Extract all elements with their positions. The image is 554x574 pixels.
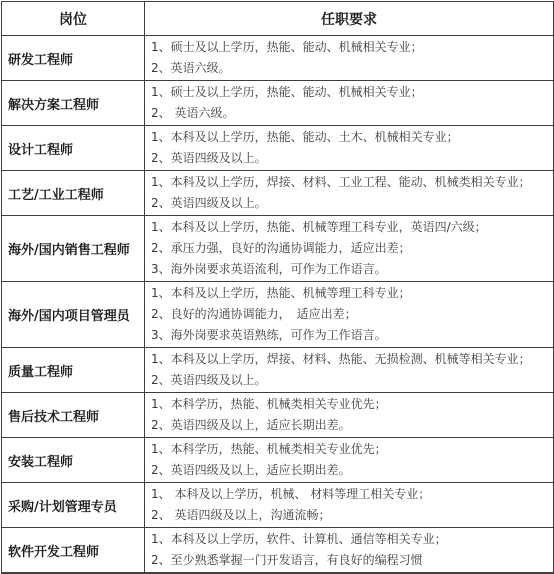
column-header-position: 岗位: [2, 2, 145, 36]
requirement-line: 2、良好的沟通协调能力， 适应出差；: [151, 304, 551, 325]
job-requirements-page: 岗位 任职要求 研发工程师1、硕士及以上学历，热能、能动、机械相关专业；2、英语…: [0, 0, 554, 557]
requirement-line: 2、 英语六级。: [151, 103, 551, 124]
position-cell: 采购/计划管理专员: [2, 483, 145, 528]
requirement-line: 1、本科学历，热能、机械类相关专业优先；: [151, 439, 551, 460]
requirement-line: 1、硕士及以上学历，热能、能动、机械相关专业；: [151, 82, 551, 103]
requirement-line: 3、海外岗要求英语熟练，可作为工作语言。: [151, 325, 551, 346]
requirements-cell: 1、本科及以上学历，热能、机械等理工科专业；2、良好的沟通协调能力， 适应出差；…: [145, 282, 554, 348]
table-row: 质量工程师1、本科及以上学历，焊接、材料、热能、无损检测、机械等相关专业；2、英…: [2, 348, 554, 393]
requirements-cell: 1、硕士及以上学历，热能、能动、机械相关专业；2、英语六级。: [145, 36, 554, 81]
requirement-line: 1、本科及以上学历，焊接、材料、热能、无损检测、机械等相关专业；: [151, 349, 551, 370]
position-cell: 海外/国内项目管理员: [2, 282, 145, 348]
requirement-line: 2、英语四级及以上。: [151, 148, 551, 169]
requirement-line: 2、至少熟悉掌握一门开发语言，有良好的编程习惯: [151, 550, 551, 571]
requirements-cell: 1、本科及以上学历，热能、能动、土木、机械相关专业；2、英语四级及以上。: [145, 126, 554, 171]
requirement-line: 3、海外岗要求英语流利，可作为工作语言。: [151, 259, 551, 280]
requirements-cell: 1、本科及以上学历，软件、计算机、通信等相关专业；2、至少熟悉掌握一门开发语言，…: [145, 528, 554, 574]
table-row: 海外/国内项目管理员1、本科及以上学历，热能、机械等理工科专业；2、良好的沟通协…: [2, 282, 554, 348]
position-cell: 解决方案工程师: [2, 81, 145, 126]
requirement-line: 1、硕士及以上学历，热能、能动、机械相关专业；: [151, 37, 551, 58]
requirement-line: 1、本科及以上学历，软件、计算机、通信等相关专业；: [151, 529, 551, 550]
table-row: 安装工程师1、本科学历，热能、机械类相关专业优先；2、英语四级及以上，适应长期出…: [2, 438, 554, 483]
requirement-line: 1、本科及以上学历，热能、机械等理工科专业；: [151, 283, 551, 304]
requirements-cell: 1、 本科及以上学历，机械、 材料等理工相关专业；2、 英语四级及以上，沟通流畅…: [145, 483, 554, 528]
table-row: 设计工程师1、本科及以上学历，热能、能动、土木、机械相关专业；2、英语四级及以上…: [2, 126, 554, 171]
table-row: 解决方案工程师1、硕士及以上学历，热能、能动、机械相关专业；2、 英语六级。: [2, 81, 554, 126]
position-cell: 售后技术工程师: [2, 393, 145, 438]
position-cell: 海外/国内销售工程师: [2, 216, 145, 282]
requirements-cell: 1、本科学历，热能、机械类相关专业优先；2、英语四级及以上，适应长期出差。: [145, 393, 554, 438]
table-row: 售后技术工程师1、本科学历，热能、机械类相关专业优先；2、英语四级及以上，适应长…: [2, 393, 554, 438]
requirement-line: 2、英语四级及以上。: [151, 370, 551, 391]
requirement-line: 1、本科及以上学历，热能、机械等理工科专业，英语四/六级；: [151, 217, 551, 238]
position-cell: 研发工程师: [2, 36, 145, 81]
requirement-line: 1、本科及以上学历，热能、能动、土木、机械相关专业；: [151, 127, 551, 148]
requirement-line: 1、 本科及以上学历，机械、 材料等理工相关专业；: [151, 484, 551, 505]
table-row: 研发工程师1、硕士及以上学历，热能、能动、机械相关专业；2、英语六级。: [2, 36, 554, 81]
header-row: 岗位 任职要求: [2, 2, 554, 36]
requirements-cell: 1、硕士及以上学历，热能、能动、机械相关专业；2、 英语六级。: [145, 81, 554, 126]
requirement-line: 2、英语四级及以上，适应长期出差。: [151, 460, 551, 481]
requirements-cell: 1、本科学历，热能、机械类相关专业优先；2、英语四级及以上，适应长期出差。: [145, 438, 554, 483]
requirement-line: 2、英语四级及以上，适应长期出差。: [151, 415, 551, 436]
column-header-requirements: 任职要求: [145, 2, 554, 36]
requirements-cell: 1、本科及以上学历，焊接、材料、工业工程、能动、机械类相关专业；2、英语四级及以…: [145, 171, 554, 216]
requirements-cell: 1、本科及以上学历，焊接、材料、热能、无损检测、机械等相关专业；2、英语四级及以…: [145, 348, 554, 393]
requirement-line: 2、 英语四级及以上，沟通流畅；: [151, 505, 551, 526]
job-requirements-table: 岗位 任职要求 研发工程师1、硕士及以上学历，热能、能动、机械相关专业；2、英语…: [1, 1, 554, 574]
table-row: 海外/国内销售工程师1、本科及以上学历，热能、机械等理工科专业，英语四/六级；2…: [2, 216, 554, 282]
requirement-line: 1、本科及以上学历，焊接、材料、工业工程、能动、机械类相关专业；: [151, 172, 551, 193]
position-cell: 安装工程师: [2, 438, 145, 483]
requirements-cell: 1、本科及以上学历，热能、机械等理工科专业，英语四/六级；2、承压力强，良好的沟…: [145, 216, 554, 282]
table-row: 采购/计划管理专员1、 本科及以上学历，机械、 材料等理工相关专业；2、 英语四…: [2, 483, 554, 528]
requirement-line: 2、英语四级及以上。: [151, 193, 551, 214]
requirement-line: 2、英语六级。: [151, 58, 551, 79]
requirement-line: 1、本科学历，热能、机械类相关专业优先；: [151, 394, 551, 415]
position-cell: 工艺/工业工程师: [2, 171, 145, 216]
table-body: 研发工程师1、硕士及以上学历，热能、能动、机械相关专业；2、英语六级。解决方案工…: [2, 36, 554, 574]
table-row: 工艺/工业工程师1、本科及以上学历，焊接、材料、工业工程、能动、机械类相关专业；…: [2, 171, 554, 216]
table-row: 软件开发工程师1、本科及以上学历，软件、计算机、通信等相关专业；2、至少熟悉掌握…: [2, 528, 554, 574]
position-cell: 设计工程师: [2, 126, 145, 171]
position-cell: 软件开发工程师: [2, 528, 145, 574]
requirement-line: 2、承压力强，良好的沟通协调能力，适应出差；: [151, 238, 551, 259]
position-cell: 质量工程师: [2, 348, 145, 393]
